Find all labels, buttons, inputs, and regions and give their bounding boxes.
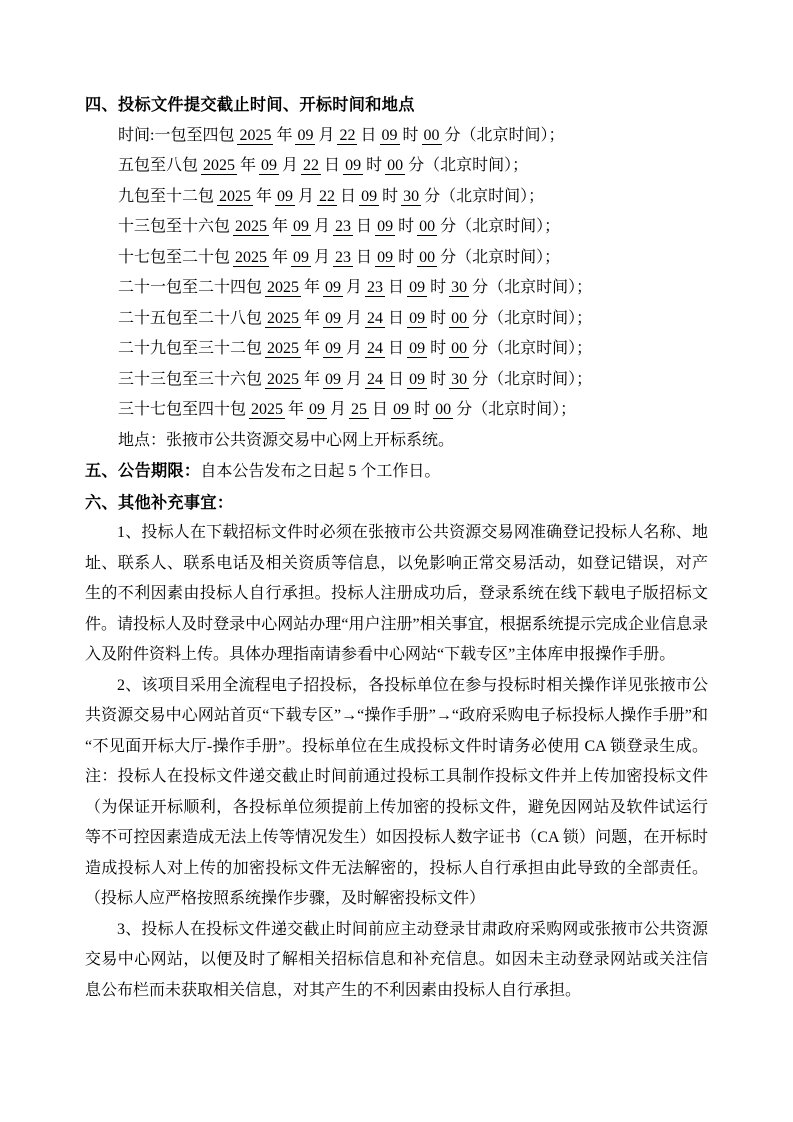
unit-hour: 时 xyxy=(382,188,398,205)
time-line-minute-underlined: 00 xyxy=(385,157,405,175)
time-line-suffix: （北京时间）； xyxy=(488,279,592,296)
other-matters-paragraph-3: 3、投标人在投标文件递交截止时间前应主动登录甘肃政府采购网或张掖市公共资源交易中… xyxy=(85,915,708,1007)
time-line-day-underlined: 24 xyxy=(365,310,385,328)
unit-day: 日 xyxy=(388,340,404,357)
unit-hour: 时 xyxy=(398,218,414,235)
time-line-month-underlined: 09 xyxy=(307,401,327,419)
unit-minute: 分 xyxy=(424,188,440,205)
time-line: 二十五包至二十八包2025年09月24日09时00分（北京时间）； xyxy=(118,304,708,335)
time-line-hour-underlined: 09 xyxy=(380,127,400,145)
time-line-day-underlined: 23 xyxy=(333,249,353,267)
time-line-month-underlined: 09 xyxy=(295,127,315,145)
unit-hour: 时 xyxy=(430,279,446,296)
time-line: 时间:一包至四包2025年09月22日09时00分（北京时间）； xyxy=(118,121,708,152)
unit-year: 年 xyxy=(304,371,320,388)
unit-hour: 时 xyxy=(366,157,382,174)
time-line-suffix: （北京时间）； xyxy=(472,401,576,418)
unit-day: 日 xyxy=(372,401,388,418)
time-lines-block: 时间:一包至四包2025年09月22日09时00分（北京时间）； 五包至八包20… xyxy=(118,121,708,426)
time-line-suffix: （北京时间）； xyxy=(424,157,528,174)
time-line-year-underlined: 2025 xyxy=(265,279,301,297)
time-line-day-underlined: 23 xyxy=(365,279,385,297)
time-line-prefix: 五包至八包 xyxy=(118,157,198,174)
time-line-minute-underlined: 30 xyxy=(449,371,469,389)
time-line-year-underlined: 2025 xyxy=(265,310,301,328)
time-line-hour-underlined: 09 xyxy=(391,401,411,419)
unit-minute: 分 xyxy=(445,127,461,144)
time-line-suffix: （北京时间）； xyxy=(488,371,592,388)
time-line-prefix: 十三包至十六包 xyxy=(118,218,230,235)
time-line-hour-underlined: 09 xyxy=(375,249,395,267)
time-line: 十三包至十六包2025年09月23日09时00分（北京时间）； xyxy=(118,212,708,243)
unit-year: 年 xyxy=(304,279,320,296)
announcement-period-text: 自本公告发布之日起 5 个工作日。 xyxy=(200,463,440,480)
time-line-month-underlined: 09 xyxy=(259,157,279,175)
unit-year: 年 xyxy=(276,127,292,144)
unit-month: 月 xyxy=(298,188,314,205)
unit-hour: 时 xyxy=(414,401,430,418)
time-line-year-underlined: 2025 xyxy=(265,371,301,389)
time-line-minute-underlined: 00 xyxy=(449,340,469,358)
time-line-prefix: 时间:一包至四包 xyxy=(118,127,234,144)
time-line: 三十七包至四十包2025年09月25日09时00分（北京时间）； xyxy=(118,395,708,426)
time-line-day-underlined: 22 xyxy=(301,157,321,175)
time-line-hour-underlined: 09 xyxy=(407,310,427,328)
unit-year: 年 xyxy=(272,218,288,235)
time-line-year-underlined: 2025 xyxy=(249,401,285,419)
time-line-month-underlined: 09 xyxy=(323,310,343,328)
time-line-year-underlined: 2025 xyxy=(265,340,301,358)
time-line: 十七包至二十包2025年09月23日09时00分（北京时间）； xyxy=(118,243,708,274)
unit-hour: 时 xyxy=(398,249,414,266)
time-line-month-underlined: 09 xyxy=(323,279,343,297)
time-line-hour-underlined: 09 xyxy=(407,279,427,297)
time-line: 五包至八包2025年09月22日09时00分（北京时间）； xyxy=(118,151,708,182)
unit-year: 年 xyxy=(304,340,320,357)
time-line-month-underlined: 09 xyxy=(275,188,295,206)
time-line-prefix: 九包至十二包 xyxy=(118,188,214,205)
unit-minute: 分 xyxy=(456,401,472,418)
time-line-month-underlined: 09 xyxy=(291,218,311,236)
unit-month: 月 xyxy=(318,127,334,144)
unit-hour: 时 xyxy=(403,127,419,144)
time-line-minute-underlined: 00 xyxy=(417,249,437,267)
unit-month: 月 xyxy=(314,218,330,235)
section-other-matters: 六、其他补充事宜： 1、投标人在下载招标文件时必须在张掖市公共资源交易网准确登记… xyxy=(85,488,708,1007)
time-line-month-underlined: 09 xyxy=(323,371,343,389)
time-line-year-underlined: 2025 xyxy=(237,127,273,145)
time-line: 三十三包至三十六包2025年09月24日09时30分（北京时间）； xyxy=(118,365,708,396)
unit-minute: 分 xyxy=(472,371,488,388)
time-line-minute-underlined: 30 xyxy=(401,188,421,206)
other-matters-paragraph-1: 1、投标人在下载招标文件时必须在张掖市公共资源交易网准确登记投标人名称、地址、联… xyxy=(85,518,708,671)
time-line-day-underlined: 24 xyxy=(365,340,385,358)
time-line-minute-underlined: 00 xyxy=(449,310,469,328)
unit-minute: 分 xyxy=(440,218,456,235)
time-line-month-underlined: 09 xyxy=(291,249,311,267)
unit-month: 月 xyxy=(346,371,362,388)
time-line: 二十九包至三十二包2025年09月24日09时00分（北京时间）； xyxy=(118,334,708,365)
time-line: 九包至十二包2025年09月22日09时30分（北京时间）； xyxy=(118,182,708,213)
time-line-year-underlined: 2025 xyxy=(233,218,269,236)
time-line-hour-underlined: 09 xyxy=(407,371,427,389)
unit-minute: 分 xyxy=(472,310,488,327)
unit-year: 年 xyxy=(272,249,288,266)
document-page: 四、投标文件提交截止时间、开标时间和地点 时间:一包至四包2025年09月22日… xyxy=(0,0,793,1122)
unit-minute: 分 xyxy=(440,249,456,266)
unit-minute: 分 xyxy=(472,279,488,296)
section-announcement-period: 五、公告期限：自本公告发布之日起 5 个工作日。 xyxy=(85,456,708,488)
time-line-hour-underlined: 09 xyxy=(407,340,427,358)
unit-year: 年 xyxy=(240,157,256,174)
time-line-hour-underlined: 09 xyxy=(343,157,363,175)
unit-year: 年 xyxy=(304,310,320,327)
unit-day: 日 xyxy=(356,218,372,235)
other-matters-paragraph-2: 2、该项目采用全流程电子招投标，各投标单位在参与投标时相关操作详见张掖市公共资源… xyxy=(85,671,708,915)
section-heading-announcement-period: 五、公告期限： xyxy=(85,462,200,480)
section-heading-other-matters: 六、其他补充事宜： xyxy=(85,488,708,519)
unit-hour: 时 xyxy=(430,310,446,327)
unit-month: 月 xyxy=(346,279,362,296)
time-line-prefix: 二十一包至二十四包 xyxy=(118,279,262,296)
section-submission-deadline: 四、投标文件提交截止时间、开标时间和地点 时间:一包至四包2025年09月22日… xyxy=(85,90,708,456)
time-line-minute-underlined: 30 xyxy=(449,279,469,297)
time-line-year-underlined: 2025 xyxy=(233,249,269,267)
unit-month: 月 xyxy=(282,157,298,174)
time-line-hour-underlined: 09 xyxy=(359,188,379,206)
location-line: 地点：张掖市公共资源交易中心网上开标系统。 xyxy=(118,432,454,449)
time-line-suffix: （北京时间）； xyxy=(461,127,565,144)
unit-month: 月 xyxy=(346,310,362,327)
unit-day: 日 xyxy=(388,371,404,388)
time-line-prefix: 二十九包至三十二包 xyxy=(118,340,262,357)
unit-day: 日 xyxy=(388,310,404,327)
unit-minute: 分 xyxy=(472,340,488,357)
time-line-day-underlined: 22 xyxy=(337,127,357,145)
time-line-suffix: （北京时间）； xyxy=(488,310,592,327)
unit-year: 年 xyxy=(288,401,304,418)
time-line-suffix: （北京时间）； xyxy=(440,188,544,205)
time-line-prefix: 三十七包至四十包 xyxy=(118,401,246,418)
unit-hour: 时 xyxy=(430,371,446,388)
time-line-suffix: （北京时间）； xyxy=(488,340,592,357)
time-line-minute-underlined: 00 xyxy=(422,127,442,145)
time-line-prefix: 十七包至二十包 xyxy=(118,249,230,266)
time-line-prefix: 三十三包至三十六包 xyxy=(118,371,262,388)
unit-hour: 时 xyxy=(430,340,446,357)
time-line-minute-underlined: 00 xyxy=(433,401,453,419)
time-line-minute-underlined: 00 xyxy=(417,218,437,236)
time-line-prefix: 二十五包至二十八包 xyxy=(118,310,262,327)
unit-month: 月 xyxy=(314,249,330,266)
unit-day: 日 xyxy=(356,249,372,266)
time-line-year-underlined: 2025 xyxy=(201,157,237,175)
section-heading-submission-deadline: 四、投标文件提交截止时间、开标时间和地点 xyxy=(85,90,708,121)
unit-day: 日 xyxy=(388,279,404,296)
time-line-month-underlined: 09 xyxy=(323,340,343,358)
time-line-day-underlined: 22 xyxy=(317,188,337,206)
time-line-day-underlined: 24 xyxy=(365,371,385,389)
unit-month: 月 xyxy=(346,340,362,357)
unit-month: 月 xyxy=(330,401,346,418)
time-line-day-underlined: 23 xyxy=(333,218,353,236)
time-line-day-underlined: 25 xyxy=(349,401,369,419)
unit-year: 年 xyxy=(256,188,272,205)
time-line-suffix: （北京时间）； xyxy=(456,249,560,266)
time-line: 二十一包至二十四包2025年09月23日09时30分（北京时间）； xyxy=(118,273,708,304)
time-line-year-underlined: 2025 xyxy=(217,188,253,206)
location-line-wrap: 地点：张掖市公共资源交易中心网上开标系统。 xyxy=(118,426,708,457)
unit-minute: 分 xyxy=(408,157,424,174)
unit-day: 日 xyxy=(340,188,356,205)
time-line-hour-underlined: 09 xyxy=(375,218,395,236)
unit-day: 日 xyxy=(324,157,340,174)
unit-day: 日 xyxy=(360,127,376,144)
time-line-suffix: （北京时间）； xyxy=(456,218,560,235)
